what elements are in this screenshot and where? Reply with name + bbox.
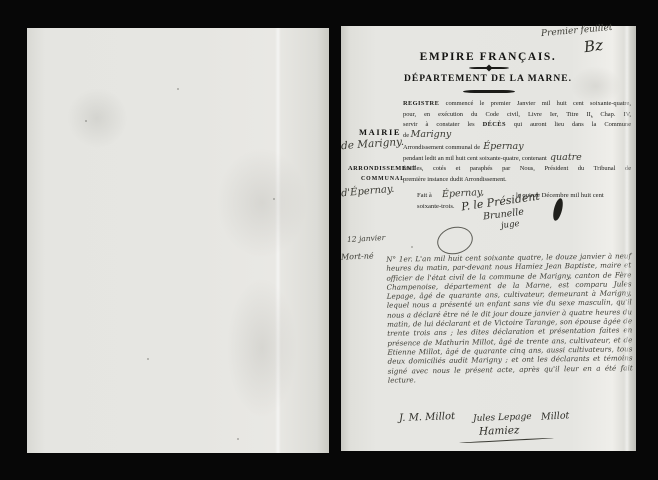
bleedthrough-smudge xyxy=(217,148,307,258)
page-edge-highlight xyxy=(624,26,630,451)
page-subtitle: DÉPARTEMENT DE LA MARNE. xyxy=(379,74,597,84)
page-title: EMPIRE FRANÇAIS. xyxy=(379,51,597,63)
paper-speck xyxy=(591,116,593,118)
act-margin-date: 12 janvier xyxy=(347,233,386,244)
act-margin-type: Mort-né xyxy=(341,251,374,261)
margin-communal-label: COMMUNAL xyxy=(361,176,405,182)
register-word-registre: REGISTRE xyxy=(403,100,439,107)
commune-name-handwritten: Marigny xyxy=(411,129,452,140)
register-line-5: Arrondissement communal de Épernay xyxy=(403,143,631,152)
paper-speck xyxy=(147,358,149,360)
signature-mayor: Hamiez xyxy=(479,424,520,437)
signature-millot: Millot xyxy=(541,410,570,422)
act-body-handwritten: N° 1er. L'an mil huit cent soixante quat… xyxy=(386,251,633,385)
paper-speck xyxy=(273,198,275,200)
paper-speck xyxy=(177,88,179,90)
paper-speck xyxy=(411,246,413,248)
signature-lepage: Jules Lepage xyxy=(473,412,532,424)
president-signature-role: juge xyxy=(500,219,520,231)
register-line-2: pour, en exécution du Code civil, Livre … xyxy=(403,111,631,119)
register-line-3: servir à constater les DÉCÈS qui auront … xyxy=(403,121,631,129)
register-line-8: première instance dudit Arrondissement. xyxy=(403,176,631,184)
paper-speck xyxy=(237,438,239,440)
signature-millot-jm: J. M. Millot xyxy=(399,411,455,424)
feuilles-count-handwritten: quatre xyxy=(550,152,582,163)
paper-stain xyxy=(67,88,127,148)
scanned-register-page: Premier feuillet Bz EMPIRE FRANÇAIS. DÉP… xyxy=(0,0,658,480)
arrondissement-name-handwritten: Épernay xyxy=(483,141,523,152)
register-line-7: feuilles, cotés et paraphés par Nous, Pr… xyxy=(403,165,631,173)
ornament-rule xyxy=(469,67,509,69)
register-line-6: pendant ledit an mil huit cent soixante-… xyxy=(403,154,631,163)
register-word-deces: DÉCÈS xyxy=(483,121,506,128)
paper-stain xyxy=(571,66,621,106)
left-blank-page xyxy=(27,28,329,453)
register-line-4: de Marigny xyxy=(403,131,631,140)
ornament-rule xyxy=(463,90,515,93)
corner-note-handwritten: Premier feuillet xyxy=(541,23,613,39)
register-title-page: Premier feuillet Bz EMPIRE FRANÇAIS. DÉP… xyxy=(341,26,636,451)
closing-date-line-2: soixante-trois. xyxy=(417,203,455,210)
fait-a-printed: Fait à xyxy=(417,192,432,199)
paper-speck xyxy=(85,120,87,122)
margin-arrondissement-commune-handwritten: d'Épernay. xyxy=(341,184,395,200)
signature-flourish-line xyxy=(459,438,554,444)
margin-mairie-commune-handwritten: de Marigny. xyxy=(341,136,405,152)
bleedthrough-smudge xyxy=(227,278,297,418)
ink-blot xyxy=(551,197,564,221)
